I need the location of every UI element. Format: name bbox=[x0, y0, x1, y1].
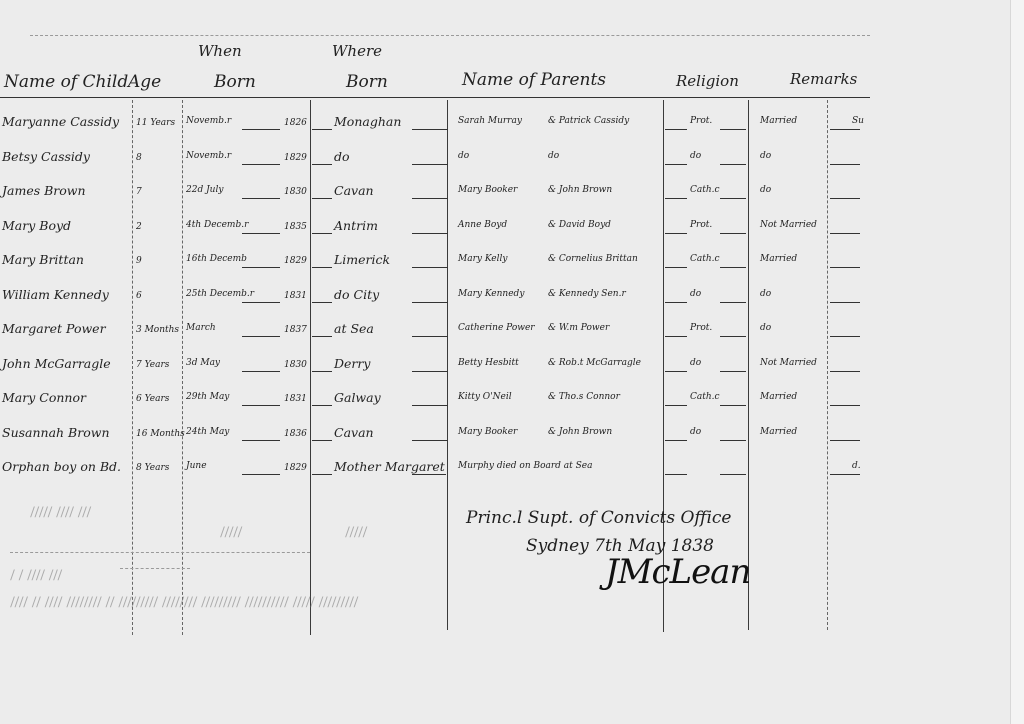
page-edge bbox=[1010, 0, 1024, 724]
child-name: John McGarragle bbox=[2, 356, 111, 371]
religion: Cath.c bbox=[690, 254, 720, 264]
fill-dash bbox=[830, 405, 860, 406]
child-age: 11 Years bbox=[136, 118, 175, 128]
child-name: Orphan boy on Bd. bbox=[2, 459, 121, 474]
fill-dash bbox=[665, 198, 687, 199]
remarks: Not Married bbox=[760, 358, 817, 368]
mother-name: Mary Booker bbox=[458, 185, 517, 195]
child-age: 9 bbox=[136, 256, 142, 266]
fill-dash bbox=[830, 440, 860, 441]
born-year: 1836 bbox=[284, 429, 307, 439]
remarks: Married bbox=[760, 427, 797, 437]
fill-dash bbox=[312, 440, 332, 441]
fill-dash bbox=[720, 129, 746, 130]
child-age: 8 bbox=[136, 153, 142, 163]
fill-dash bbox=[720, 371, 746, 372]
father-name: & W.m Power bbox=[548, 323, 609, 333]
fill-dash bbox=[412, 474, 446, 475]
faint-rule bbox=[120, 568, 190, 569]
born-date: March bbox=[186, 323, 216, 333]
row-tick bbox=[440, 233, 448, 234]
child-age: 6 Years bbox=[136, 394, 169, 404]
mother-name: do bbox=[458, 151, 469, 161]
born-date: 4th Decemb.r bbox=[186, 220, 248, 230]
column-divider bbox=[447, 100, 448, 630]
column-divider bbox=[827, 100, 828, 630]
fill-dash bbox=[830, 129, 860, 130]
row-tick bbox=[440, 371, 448, 372]
father-name: & Patrick Cassidy bbox=[548, 116, 629, 126]
fill-dash bbox=[312, 336, 332, 337]
mother-name: Murphy died on Board at Sea bbox=[458, 461, 593, 471]
born-date: Novemb.r bbox=[186, 151, 231, 161]
child-age: 7 Years bbox=[136, 360, 169, 370]
religion: Prot. bbox=[690, 116, 712, 126]
born-year: 1835 bbox=[284, 222, 307, 232]
remarks: Married bbox=[760, 254, 797, 264]
father-name: & Kennedy Sen.r bbox=[548, 289, 626, 299]
religion: Cath.c bbox=[690, 185, 720, 195]
bleed-through-marks: \\\\\ \\\\ \\\ bbox=[27, 505, 95, 520]
fill-dash bbox=[830, 336, 860, 337]
fill-dash bbox=[312, 164, 332, 165]
fill-dash bbox=[665, 233, 687, 234]
fill-dash bbox=[242, 474, 280, 475]
fill-dash bbox=[720, 474, 746, 475]
fill-dash bbox=[312, 474, 332, 475]
born-place: at Sea bbox=[334, 321, 374, 336]
child-name: Maryanne Cassidy bbox=[2, 114, 119, 129]
father-name: & David Boyd bbox=[548, 220, 611, 230]
religion: do bbox=[690, 427, 701, 437]
father-name: & John Brown bbox=[548, 185, 612, 195]
child-name: Betsy Cassidy bbox=[2, 149, 90, 164]
born-year: 1831 bbox=[284, 291, 307, 301]
fill-dash bbox=[242, 267, 280, 268]
header-religion: Religion bbox=[676, 72, 739, 90]
fill-dash bbox=[830, 371, 860, 372]
remarks: Not Married bbox=[760, 220, 817, 230]
born-place: do City bbox=[334, 287, 379, 302]
fill-dash bbox=[665, 474, 687, 475]
fill-dash bbox=[312, 371, 332, 372]
row-tick bbox=[440, 440, 448, 441]
row-tick bbox=[440, 198, 448, 199]
born-year: 1837 bbox=[284, 325, 307, 335]
fill-dash bbox=[720, 336, 746, 337]
born-year: 1831 bbox=[284, 394, 307, 404]
born-place: Cavan bbox=[334, 425, 374, 440]
fill-dash bbox=[720, 302, 746, 303]
fill-dash bbox=[665, 336, 687, 337]
mother-name: Betty Hesbitt bbox=[458, 358, 519, 368]
religion: Prot. bbox=[690, 323, 712, 333]
header-rule bbox=[0, 97, 870, 98]
fill-dash bbox=[312, 233, 332, 234]
born-year: 1829 bbox=[284, 463, 307, 473]
religion: Prot. bbox=[690, 220, 712, 230]
born-year: 1829 bbox=[284, 256, 307, 266]
born-place: Monaghan bbox=[334, 114, 401, 129]
fill-dash bbox=[312, 267, 332, 268]
fill-dash bbox=[720, 405, 746, 406]
fill-dash bbox=[242, 371, 280, 372]
born-year: 1830 bbox=[284, 187, 307, 197]
born-place: Cavan bbox=[334, 183, 374, 198]
born-place: Limerick bbox=[334, 252, 390, 267]
fill-dash bbox=[665, 129, 687, 130]
father-name: & Tho.s Connor bbox=[548, 392, 620, 402]
child-age: 6 bbox=[136, 291, 142, 301]
fill-dash bbox=[242, 336, 280, 337]
fill-dash bbox=[720, 440, 746, 441]
child-age: 2 bbox=[136, 222, 142, 232]
row-tick bbox=[440, 129, 448, 130]
born-place: do bbox=[334, 149, 350, 164]
remarks: Married bbox=[760, 392, 797, 402]
child-name: Margaret Power bbox=[2, 321, 106, 336]
born-date: June bbox=[186, 461, 207, 471]
fill-dash bbox=[720, 164, 746, 165]
remarks: Married bbox=[760, 116, 797, 126]
born-year: 1826 bbox=[284, 118, 307, 128]
born-date: 29th May bbox=[186, 392, 229, 402]
remarks: do bbox=[760, 185, 771, 195]
fill-dash bbox=[665, 267, 687, 268]
fill-dash bbox=[830, 164, 860, 165]
signature: JMcLean bbox=[605, 552, 750, 592]
fill-dash bbox=[665, 440, 687, 441]
remarks: do bbox=[760, 323, 771, 333]
born-date: 22d July bbox=[186, 185, 223, 195]
header-remarks: Remarks bbox=[790, 70, 857, 88]
born-year: 1829 bbox=[284, 153, 307, 163]
child-name: William Kennedy bbox=[2, 287, 109, 302]
child-name: Mary Boyd bbox=[2, 218, 71, 233]
fill-dash bbox=[242, 164, 280, 165]
father-name: do bbox=[548, 151, 559, 161]
row-tick bbox=[440, 336, 448, 337]
mother-name: Catherine Power bbox=[458, 323, 535, 333]
born-year: 1830 bbox=[284, 360, 307, 370]
bleed-through-marks: \\\\\ bbox=[217, 525, 246, 540]
born-date: Novemb.r bbox=[186, 116, 231, 126]
child-name: James Brown bbox=[2, 183, 86, 198]
scanned-document-page: Name of Child Age When Born Where Born N… bbox=[0, 0, 1010, 724]
fill-dash bbox=[665, 371, 687, 372]
born-place: Antrim bbox=[334, 218, 378, 233]
born-date: 3d May bbox=[186, 358, 220, 368]
religion: do bbox=[690, 358, 701, 368]
father-name: & Cornelius Brittan bbox=[548, 254, 638, 264]
row-tick bbox=[440, 302, 448, 303]
mother-name: Mary Booker bbox=[458, 427, 517, 437]
bleed-through-marks: \\\\ \\ \\\\ \\\\\\\\ \\ \\\\\\\\\ \\\\\… bbox=[7, 595, 362, 610]
fill-dash bbox=[312, 129, 332, 130]
religion: do bbox=[690, 289, 701, 299]
fill-dash bbox=[830, 198, 860, 199]
born-date: 24th May bbox=[186, 427, 229, 437]
fill-dash bbox=[830, 233, 860, 234]
fill-dash bbox=[720, 267, 746, 268]
fill-dash bbox=[242, 198, 280, 199]
header-name-of-parents: Name of Parents bbox=[462, 70, 606, 90]
child-name: Susannah Brown bbox=[2, 425, 110, 440]
fill-dash bbox=[242, 302, 280, 303]
header-name-of-child: Name of Child bbox=[4, 72, 128, 92]
column-divider bbox=[748, 100, 749, 630]
column-divider bbox=[182, 100, 183, 635]
fill-dash bbox=[720, 233, 746, 234]
fill-dash bbox=[830, 474, 860, 475]
office-line: Princ.l Supt. of Convicts Office bbox=[466, 508, 731, 528]
mother-name: Sarah Murray bbox=[458, 116, 522, 126]
header-age: Age bbox=[128, 72, 161, 92]
column-divider bbox=[132, 100, 133, 635]
header-where-bottom: Born bbox=[346, 72, 388, 92]
mother-name: Mary Kennedy bbox=[458, 289, 524, 299]
religion: do bbox=[690, 151, 701, 161]
row-tick bbox=[440, 405, 448, 406]
born-date: 25th Decemb.r bbox=[186, 289, 254, 299]
fill-dash bbox=[665, 164, 687, 165]
header-when-bottom: Born bbox=[214, 72, 256, 92]
child-name: Mary Brittan bbox=[2, 252, 84, 267]
fill-dash bbox=[830, 267, 860, 268]
father-name: & Rob.t McGarragle bbox=[548, 358, 641, 368]
mother-name: Kitty O'Neil bbox=[458, 392, 512, 402]
child-name: Mary Connor bbox=[2, 390, 86, 405]
header-where-top: Where bbox=[332, 42, 382, 60]
fill-dash bbox=[242, 405, 280, 406]
born-place: Derry bbox=[334, 356, 370, 371]
fill-dash bbox=[720, 198, 746, 199]
born-place: Mother Margaret bbox=[334, 459, 445, 474]
fill-dash bbox=[312, 198, 332, 199]
row-tick bbox=[440, 164, 448, 165]
header-when-top: When bbox=[198, 42, 242, 60]
fill-dash bbox=[242, 233, 280, 234]
fill-dash bbox=[830, 302, 860, 303]
bleed-through-marks: \\\\\ bbox=[342, 525, 371, 540]
religion: Cath.c bbox=[690, 392, 720, 402]
fill-dash bbox=[242, 129, 280, 130]
faint-rule bbox=[10, 552, 310, 553]
top-rule bbox=[30, 35, 870, 36]
remarks-extra: d. bbox=[852, 461, 861, 471]
fill-dash bbox=[242, 440, 280, 441]
remarks-extra: Su bbox=[852, 116, 864, 126]
row-tick bbox=[440, 267, 448, 268]
mother-name: Anne Boyd bbox=[458, 220, 507, 230]
fill-dash bbox=[312, 302, 332, 303]
born-place: Galway bbox=[334, 390, 381, 405]
child-age: 3 Months bbox=[136, 325, 179, 335]
column-divider bbox=[310, 100, 311, 635]
born-date: 16th Decemb bbox=[186, 254, 247, 264]
remarks: do bbox=[760, 151, 771, 161]
bleed-through-marks: \ \ \\\\ \\\ bbox=[7, 568, 66, 583]
child-age: 16 Months bbox=[136, 429, 185, 439]
child-age: 8 Years bbox=[136, 463, 169, 473]
mother-name: Mary Kelly bbox=[458, 254, 507, 264]
fill-dash bbox=[665, 405, 687, 406]
fill-dash bbox=[312, 405, 332, 406]
child-age: 7 bbox=[136, 187, 142, 197]
remarks: do bbox=[760, 289, 771, 299]
father-name: & John Brown bbox=[548, 427, 612, 437]
fill-dash bbox=[665, 302, 687, 303]
